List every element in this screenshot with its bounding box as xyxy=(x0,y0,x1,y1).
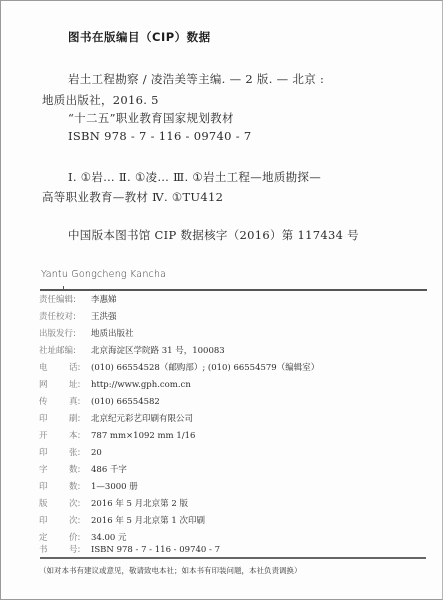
info-row-address: 社址邮编: 北京海淀区学院路 31 号，100083 xyxy=(39,344,225,356)
info-label: 定价: xyxy=(39,531,91,543)
cip-isbn-line: ISBN 978 - 7 - 116 - 09740 - 7 xyxy=(68,129,252,143)
info-label: 书号: xyxy=(39,543,91,555)
top-divider xyxy=(40,289,427,291)
info-row-phone: 电话: (010) 66554528（邮购部）; (010) 66554579（… xyxy=(39,361,319,373)
info-value: 地质出版社 xyxy=(91,327,134,339)
info-row-publisher: 出版发行: 地质出版社 xyxy=(39,327,134,339)
info-label: 社址邮编: xyxy=(39,344,91,356)
info-value: 787 mm×1092 mm 1/16 xyxy=(91,431,195,441)
info-value: 北京纪元彩艺印刷有限公司 xyxy=(91,412,193,424)
info-row-isbn: 书号: ISBN 978 - 7 - 116 - 09740 - 7 xyxy=(39,543,220,555)
info-row-printer: 印刷: 北京纪元彩艺印刷有限公司 xyxy=(39,412,193,424)
info-row-proofreader: 责任校对: 王洪强 xyxy=(39,310,117,322)
info-label: 版次: xyxy=(39,497,91,509)
cip-title-line: 岩土工程勘察 / 凌浩美等主编. — 2 版. — 北京 : xyxy=(68,71,324,87)
info-value: 王洪强 xyxy=(91,310,117,322)
cip-subject-line-2: 高等职业教育—教材 Ⅳ. ①TU412 xyxy=(42,189,223,205)
info-value: 2016 年 5 月北京第 1 次印刷 xyxy=(91,514,205,526)
info-label: 印数: xyxy=(39,480,91,492)
info-label: 责任编辑: xyxy=(39,293,91,305)
info-row-printing: 印次: 2016 年 5 月北京第 1 次印刷 xyxy=(39,514,205,526)
info-row-print-run: 印数: 1—3000 册 xyxy=(39,480,138,492)
info-label: 责任校对: xyxy=(39,310,91,322)
info-value: 2016 年 5 月北京第 2 版 xyxy=(91,497,188,509)
copyright-page: 图书在版编目（CIP）数据 岩土工程勘察 / 凌浩美等主编. — 2 版. — … xyxy=(0,0,443,600)
cip-series-line: “十二五”职业教育国家规划教材 xyxy=(68,110,234,126)
info-label: 传真: xyxy=(39,395,91,407)
info-value: 李惠娣 xyxy=(91,293,117,305)
info-value: 北京海淀区学院路 31 号，100083 xyxy=(91,344,225,356)
info-label: 印次: xyxy=(39,514,91,526)
info-label: 出版发行: xyxy=(39,327,91,339)
info-row-edition: 版次: 2016 年 5 月北京第 2 版 xyxy=(39,497,188,509)
info-value: 34.00 元 xyxy=(91,531,127,543)
info-row-format: 开本: 787 mm×1092 mm 1/16 xyxy=(39,429,195,441)
info-value: (010) 66554582 xyxy=(91,397,160,407)
info-value: 486 千字 xyxy=(91,463,127,475)
cip-publisher-line: 地质出版社，2016. 5 xyxy=(42,92,159,108)
info-value: 1—3000 册 xyxy=(91,480,138,492)
info-value: (010) 66554528（邮购部）; (010) 66554579（编辑室） xyxy=(91,361,319,373)
info-row-price: 定价: 34.00 元 xyxy=(39,531,127,543)
footer-note: （如对本书有建议或意见，敬请致电本社；如本书有印装问题，本社负责调换） xyxy=(39,565,302,576)
info-row-word-count: 字数: 486 千字 xyxy=(39,463,127,475)
info-label: 网址: xyxy=(39,378,91,390)
info-label: 开本: xyxy=(39,429,91,441)
info-row-sheets: 印张: 20 xyxy=(39,446,102,458)
info-row-editor: 责任编辑: 李惠娣 xyxy=(39,293,117,305)
info-label: 电话: xyxy=(39,361,91,373)
cip-subject-line-1: Ⅰ. ①岩… Ⅱ. ①凌… Ⅲ. ①岩土工程—地质勘探— xyxy=(68,169,321,185)
info-value: 20 xyxy=(91,448,102,458)
info-label: 印刷: xyxy=(39,412,91,424)
info-row-website: 网址: http://www.gph.com.cn xyxy=(39,378,191,390)
info-label: 字数: xyxy=(39,463,91,475)
cip-record-number: 中国版本图书馆 CIP 数据核字（2016）第 117434 号 xyxy=(68,227,359,243)
website-link: http://www.gph.com.cn xyxy=(91,380,191,390)
info-row-fax: 传真: (010) 66554582 xyxy=(39,395,160,407)
bottom-divider xyxy=(40,557,426,559)
info-value: ISBN 978 - 7 - 116 - 09740 - 7 xyxy=(91,545,220,555)
info-label: 印张: xyxy=(39,446,91,458)
pinyin-title: Yantu Gongcheng Kancha xyxy=(41,269,166,280)
cip-heading: 图书在版编目（CIP）数据 xyxy=(68,29,211,45)
divider-tick xyxy=(63,286,64,289)
